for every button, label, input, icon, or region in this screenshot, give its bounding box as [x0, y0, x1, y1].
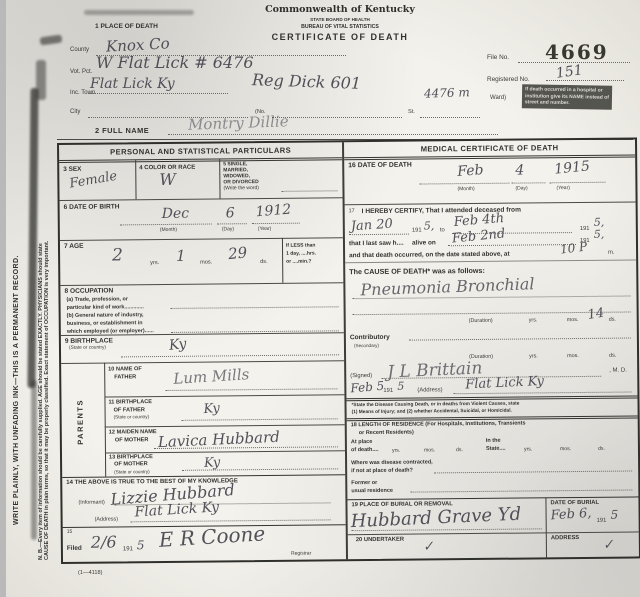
certify-number: 17 — [349, 208, 355, 214]
last-saw-pre: that I last saw h.... — [349, 240, 404, 248]
footnote-line: (1) Means of Injury; and (2) whether Acc… — [352, 408, 520, 417]
dod-day: 4 — [515, 163, 524, 179]
contracted-label: Where was disease contracted, if not at … — [351, 459, 433, 476]
cell-divider — [282, 238, 283, 283]
res2-ds: ds. — [598, 446, 605, 452]
dotted-line — [409, 338, 631, 341]
pre-year4: 191 — [383, 388, 393, 394]
address-checkmark: ✓ — [602, 537, 615, 553]
dotted-line — [272, 117, 402, 118]
rule — [60, 197, 343, 201]
filed-date-value: 2/6 — [91, 532, 117, 551]
burial-cell-divider — [545, 497, 547, 557]
father-birthplace-label: 11 BIRTHPLACE OF FATHER (State or countr… — [108, 399, 152, 421]
filed-label: Filed — [67, 545, 82, 552]
dotted-line — [281, 190, 337, 192]
ink-smudge — [31, 380, 37, 540]
margin-note-nb: N. B.—Every item of information should b… — [38, 241, 50, 560]
place-of-death-label: 1 PLACE OF DEATH — [95, 23, 158, 30]
birthplace-label: 9 BIRTHPLACE — [65, 337, 113, 344]
rule — [60, 237, 343, 241]
file-no-label: File No. — [487, 54, 509, 61]
occupation-lines: (a) Trade, profession, or particular kin… — [66, 295, 153, 336]
at-place-line: of death.... — [351, 446, 379, 455]
filed-pre-year: 191 — [123, 546, 133, 552]
dotted-line — [120, 224, 212, 226]
dotted-line — [168, 134, 498, 135]
in-state-label: In the State.... — [486, 437, 506, 454]
certificate-header: Commonwealth of Kentucky STATE BOARD OF … — [200, 4, 480, 42]
if-less-than-note: If LESS than 1 day, ....hrs. or ....min.… — [286, 242, 316, 266]
occupation-label: 8 OCCUPATION — [64, 287, 113, 294]
color-race-value: W — [159, 170, 176, 189]
sex-label: 3 SEX — [63, 166, 81, 173]
duration-mos-label: mos. — [567, 317, 579, 323]
in-state-line: In the — [486, 437, 506, 445]
to-label: to — [440, 227, 445, 233]
rule — [348, 531, 639, 535]
duration-yrs-label: yrs. — [529, 317, 538, 323]
dotted-line — [165, 388, 337, 391]
dob-day: 6 — [226, 205, 235, 221]
dotted-line — [252, 223, 300, 224]
marital-status-label: 5 SINGLE, MARRIED, WIDOWED, OR DIVORCED … — [223, 161, 259, 191]
personal-section-title: PERSONAL AND STATISTICAL PARTICULARS — [59, 145, 342, 157]
secondary-sublabel: (Secondary) — [354, 343, 379, 348]
date-of-burial-value: Feb 6, — [550, 506, 592, 524]
date-of-death-label: 16 DATE OF DEATH — [348, 162, 412, 170]
father-label-line: 10 NAME OF — [108, 366, 142, 374]
parents-cell-divider — [104, 363, 106, 477]
rule — [345, 259, 636, 263]
cause-of-death-label: The CAUSE OF DEATH* was as follows: — [349, 266, 485, 276]
scanned-death-certificate: WRITE PLAINLY, WITH UNFADING INK—THIS IS… — [0, 0, 640, 597]
from-year-digit: 5, — [424, 219, 435, 232]
ink-smudge — [84, 10, 194, 15]
margin-note-write-plainly: WRITE PLAINLY, WITH UNFADING INK—THIS IS… — [13, 255, 20, 525]
dotted-line — [434, 470, 632, 473]
dotted-line — [182, 418, 338, 420]
former-line: usual residence — [351, 488, 393, 496]
birthplace-value: Ky — [168, 336, 187, 354]
month-sublabel: (Month) — [160, 227, 177, 233]
father-birthplace-value: Ky — [203, 401, 220, 417]
dotted-line — [549, 182, 605, 184]
pre-year5: 191 — [597, 518, 607, 524]
cause-footnote: *State the Disease Causing Death, or in … — [352, 401, 520, 417]
registered-no-label: Registered No. — [487, 76, 530, 83]
birthplace-sublabel: (State or country) — [69, 346, 106, 351]
duration-label: (Duration) — [469, 318, 493, 324]
form-body: PERSONAL AND STATISTICAL PARTICULARS MED… — [57, 137, 640, 564]
dotted-line — [420, 117, 480, 118]
burial-year-digit: 5 — [611, 508, 619, 522]
signed-address-label: (Address) — [417, 387, 442, 393]
form-code: (1—4118) — [78, 570, 102, 576]
last-saw-year-digit: 5, — [594, 228, 605, 241]
dod-year: 1915 — [554, 158, 591, 177]
mother-label-line: 12 MAIDEN NAME — [109, 429, 157, 437]
filed-number: 15 — [67, 529, 73, 535]
mother-label-line: OF MOTHER — [109, 437, 157, 445]
date-of-burial-label: DATE OF BURIAL — [550, 500, 599, 506]
rule — [104, 394, 344, 397]
ward-label: Ward) — [490, 95, 506, 101]
age-days-value: 29 — [227, 243, 248, 263]
rule — [344, 154, 635, 160]
county-label: County — [70, 47, 89, 53]
undertaker-checkmark: ✓ — [422, 539, 435, 555]
dotted-line — [453, 391, 631, 394]
less-line: or ....min.? — [286, 258, 316, 266]
dod-day-sublabel: (Day) — [515, 185, 527, 191]
res1-yrs: yrs. — [392, 448, 400, 454]
res2-yrs: yrs. — [524, 446, 532, 452]
residence-label: 18 LENGTH OF RESIDENCE (For Hospitals, I… — [351, 421, 526, 438]
res1-ds: ds. — [456, 447, 463, 453]
year-sublabel: (Year) — [258, 226, 271, 232]
cause-of-death-value: Pneumonia Bronchial — [360, 274, 535, 299]
father-bp-line: 11 BIRTHPLACE — [108, 399, 152, 407]
dotted-line — [349, 234, 409, 236]
age-months-value: 1 — [176, 247, 186, 265]
hospital-name-note: If death occurred in a hospital or insti… — [522, 84, 612, 109]
dotted-line — [171, 306, 339, 309]
registrar-district-note2: 4476 m — [424, 85, 470, 101]
rule — [345, 201, 636, 205]
date-of-birth-label: 6 DATE OF BIRTH — [64, 203, 120, 211]
header-title: CERTIFICATE OF DEATH — [200, 32, 480, 42]
inc-town-value: Flat Lick Ky — [90, 76, 175, 92]
full-name-value: Montry Dillie — [188, 112, 289, 133]
duration-ds-label: ds. — [609, 317, 616, 323]
dotted-line — [131, 519, 331, 522]
duration2-yrs-label: yrs. — [529, 353, 538, 359]
pre-year2: 191 — [580, 226, 590, 232]
md-label: , M. D. — [609, 368, 627, 374]
signed-year-digit: 5 — [397, 380, 404, 393]
filed-year-digit: 5 — [137, 538, 145, 552]
signed-date-value: Feb 5 — [350, 379, 385, 396]
signed-address-value: Flat Lick Ky — [465, 374, 544, 392]
dob-month: Dec — [162, 206, 190, 222]
rule — [105, 450, 345, 453]
header-board: STATE BOARD OF HEALTH — [200, 17, 480, 22]
rule — [105, 424, 345, 427]
signed-label: (Signed) — [350, 373, 372, 379]
father-name-label: 10 NAME OF FATHER — [108, 366, 142, 382]
header-bureau: BUREAU OF VITAL STATISTICS — [200, 24, 480, 30]
header-commonwealth: Commonwealth of Kentucky — [200, 4, 480, 15]
undertaker-label: 20 UNDERTAKER — [356, 537, 404, 543]
dotted-line — [448, 244, 576, 246]
file-number: 4669 — [545, 40, 609, 64]
street-label: St. — [408, 109, 415, 115]
dotted-line — [182, 468, 338, 470]
day-sublabel: (Day) — [222, 226, 234, 232]
mother-bp-line: (State or country) — [109, 469, 153, 475]
dotted-line — [546, 80, 624, 81]
mother-maiden-name-label: 12 MAIDEN NAME OF MOTHER — [109, 429, 157, 445]
dotted-line — [419, 183, 509, 185]
at-place-label: At place of death.... — [351, 438, 379, 455]
dod-month: Feb — [457, 162, 484, 180]
registrar-district-note: Reg Dick 601 — [252, 70, 362, 93]
dotted-line — [88, 93, 228, 94]
mother-birthplace-label: 13 BIRTHPLACE OF MOTHER (State or countr… — [109, 454, 153, 475]
undertaker-address-label: ADDRESS — [551, 535, 579, 541]
age-label: 7 AGE — [64, 243, 84, 250]
full-name-label: 2 FULL NAME — [95, 126, 149, 135]
dob-year: 1912 — [255, 202, 292, 221]
cause-duration-days-value: 14 — [587, 306, 606, 323]
informant-address-sublabel: (Address) — [95, 516, 118, 522]
mother-bp-line: OF MOTHER — [109, 461, 153, 469]
precinct-value: W Flat Lick # 6476 — [96, 53, 254, 72]
age-years-value: 2 — [112, 245, 123, 265]
city-label: City — [70, 109, 80, 115]
father-label-line: FATHER — [108, 374, 142, 382]
informant-sublabel: (Informant) — [78, 500, 104, 506]
pre-year1: 191 — [412, 228, 422, 234]
ink-smudge — [36, 60, 46, 100]
dotted-line — [217, 223, 247, 224]
cell-divider — [219, 159, 220, 198]
ds-label: ds. — [260, 259, 268, 265]
parents-label: PARENTS — [75, 399, 84, 445]
rule — [59, 157, 342, 163]
dod-year-sublabel: (Year) — [556, 185, 569, 191]
medical-section-title: MEDICAL CERTIFICATE OF DEATH — [344, 142, 635, 154]
less-line: 1 day, ....hrs. — [286, 250, 316, 258]
mos-label: mos. — [200, 260, 212, 266]
at-place-line: At place — [351, 438, 379, 447]
death-occurred-text: and that death occurred, on the date sta… — [349, 251, 510, 260]
res1-mos: mos. — [424, 447, 435, 453]
registrar-label: Registrar — [291, 551, 311, 557]
dotted-line — [410, 489, 632, 492]
res2-mos: mos. — [560, 446, 571, 452]
dotted-line — [121, 354, 339, 357]
duration2-mos-label: mos. — [567, 353, 579, 359]
m-label: m. — [608, 250, 615, 256]
former-residence-label: Former or usual residence — [351, 480, 393, 496]
yrs-label: yrs. — [150, 260, 159, 266]
attended-from-value: Jan 20 — [350, 217, 393, 235]
rule — [60, 282, 343, 286]
precinct-label: Vot. Pct. — [70, 69, 92, 75]
in-state-line: State.... — [486, 445, 506, 453]
father-name-value: Lum Mills — [173, 365, 250, 388]
contracted-line: if not at place of death? — [351, 467, 433, 476]
contributory-label: Contributory — [350, 334, 390, 341]
dod-month-sublabel: (Month) — [457, 186, 474, 192]
dotted-line — [511, 182, 545, 183]
cell-divider — [135, 160, 136, 199]
marital-line: (Write the word) — [223, 185, 259, 191]
margin-nb-line2: CAUSE OF DEATH in plain terms, so that i… — [44, 241, 50, 560]
registrar-signature: E R Coone — [158, 521, 266, 552]
last-saw-post: alive on — [412, 239, 436, 246]
father-bp-line: (State or country) — [109, 414, 153, 421]
duration2-ds-label: ds. — [609, 353, 616, 359]
death-time-value: 10 P — [559, 240, 588, 257]
